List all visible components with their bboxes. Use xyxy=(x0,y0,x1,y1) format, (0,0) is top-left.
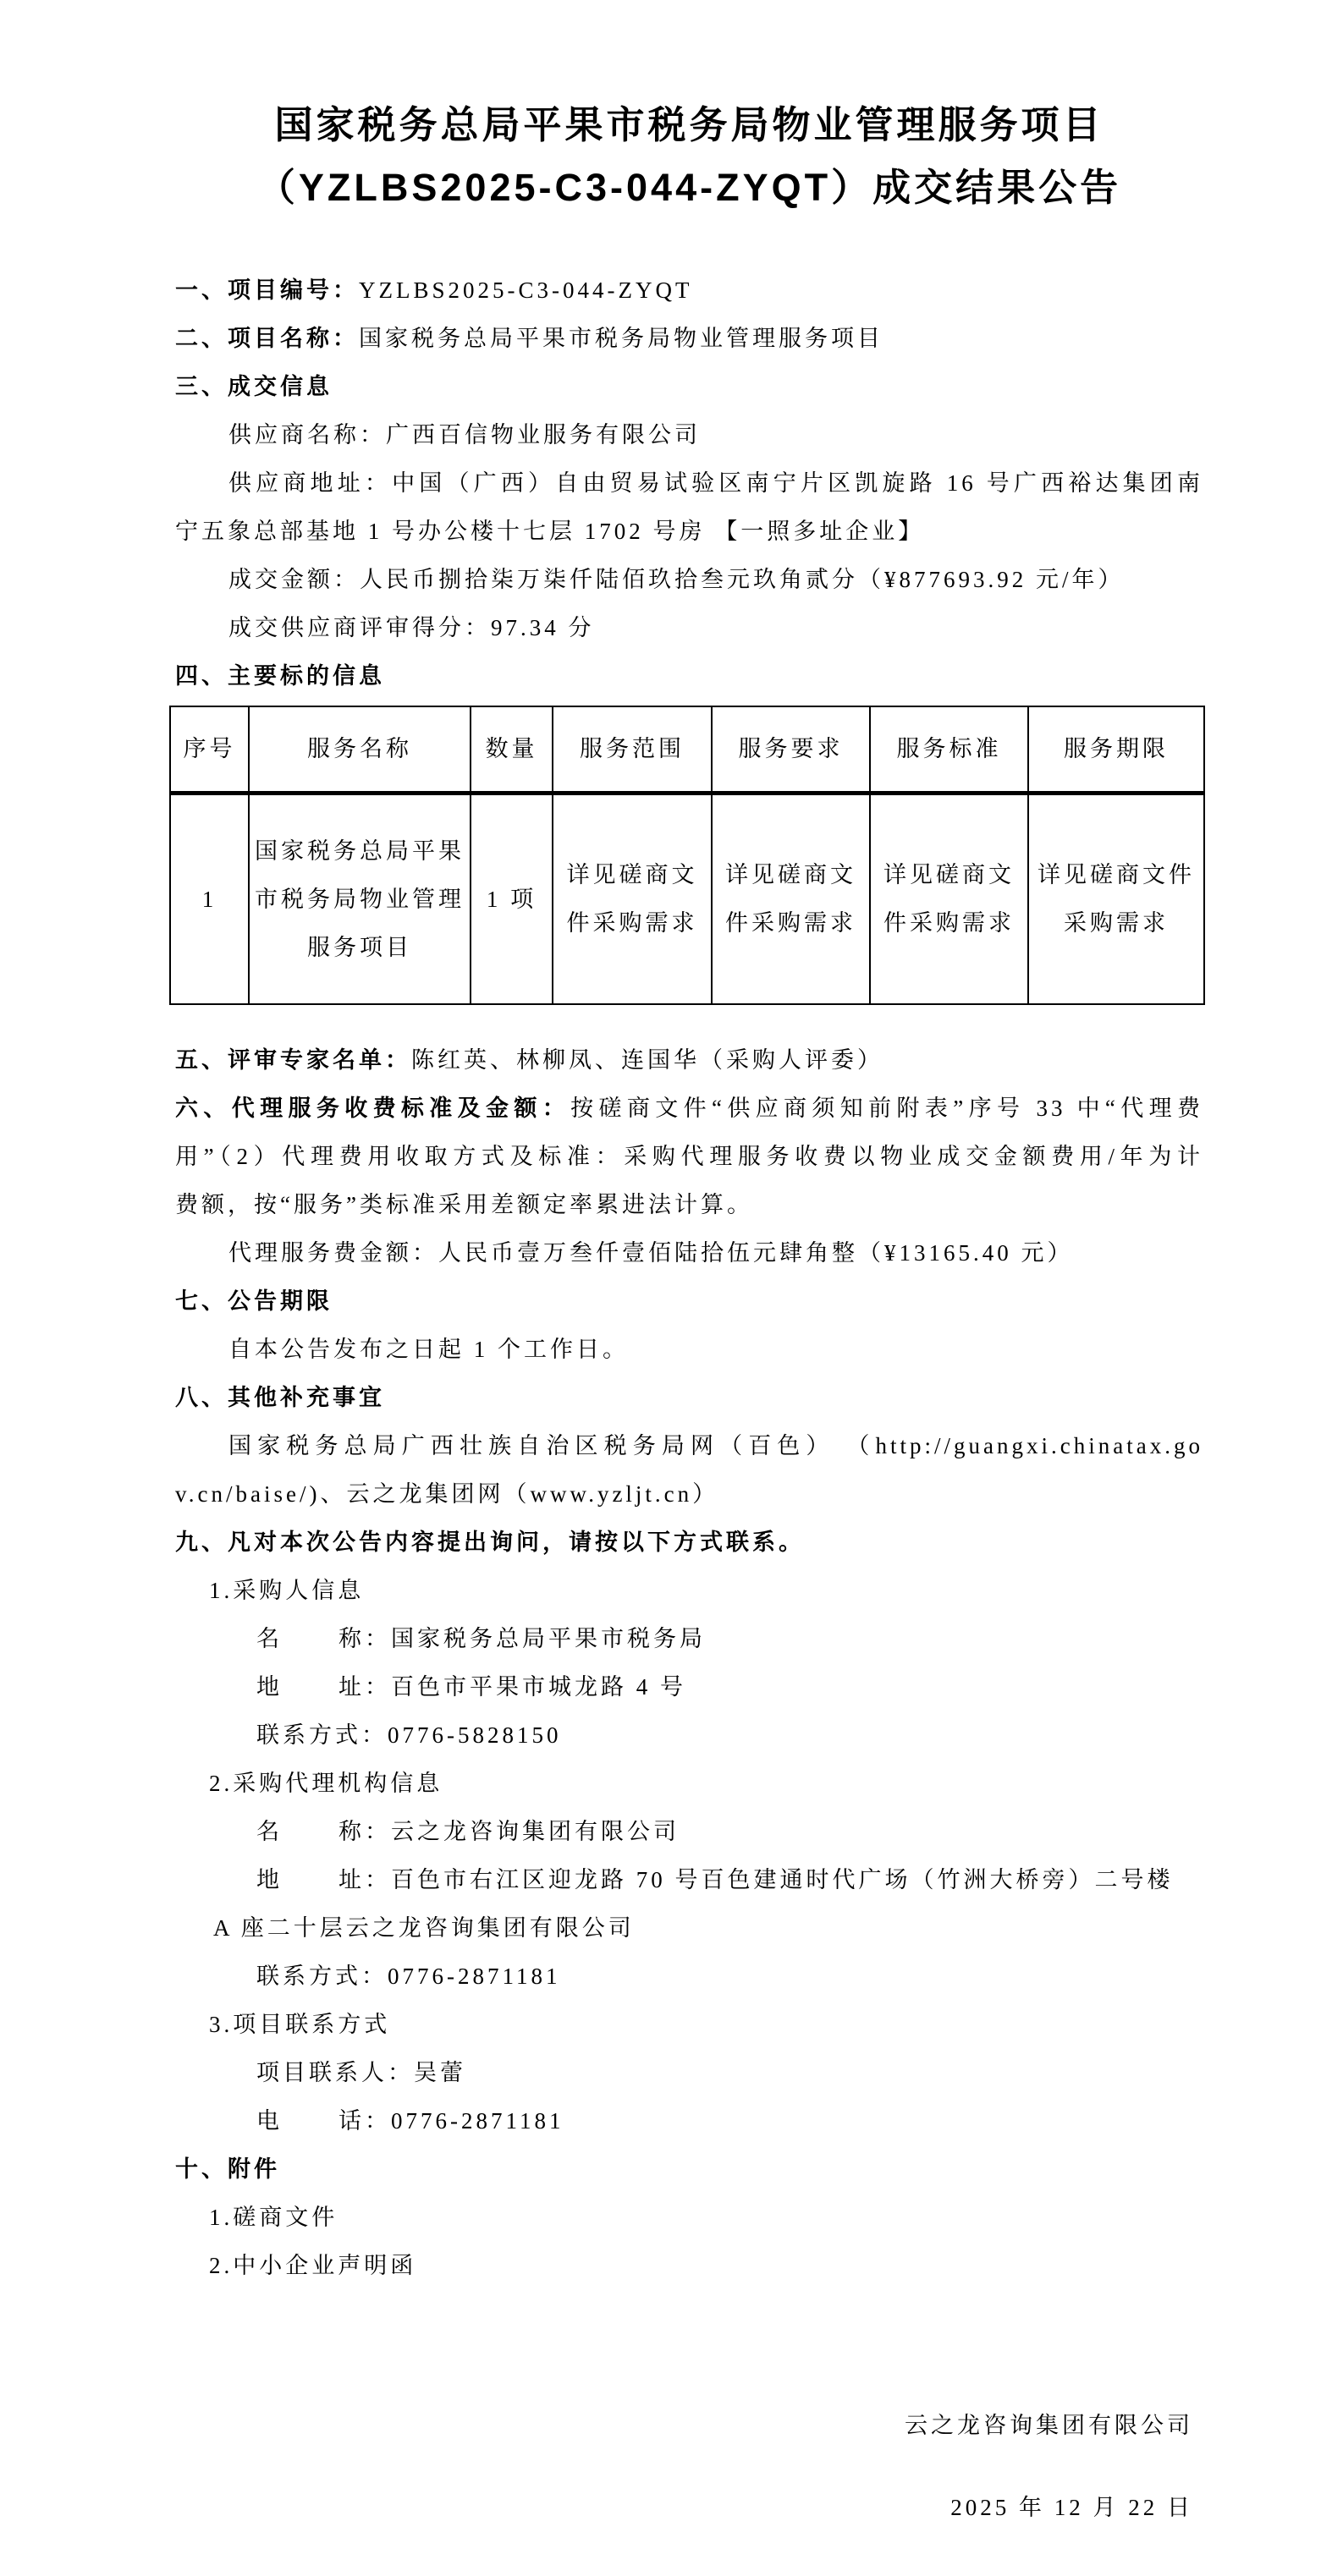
section-1-project-number: 一、项目编号：YZLBS2025-C3-044-ZYQT xyxy=(175,266,1203,315)
cell-service-scope: 详见磋商文件采购需求 xyxy=(553,794,712,1005)
header-service-period: 服务期限 xyxy=(1028,706,1204,794)
cell-service-name: 国家税务总局平果市税务局物业管理服务项目 xyxy=(249,794,471,1005)
project-phone-label: 电话 xyxy=(256,2097,365,2145)
table-header-row: 序号 服务名称 数量 服务范围 服务要求 服务标准 服务期限 xyxy=(170,706,1204,794)
section-5-experts: 五、评审专家名单：陈红英、林柳凤、连国华（采购人评委） xyxy=(175,1036,1203,1085)
agency-address-value: ：百色市右江区迎龙路 70 号百色建通时代广场（竹洲大桥旁）二号楼 xyxy=(365,1867,1174,1892)
supplier-name: 供应商名称：广西百信物业服务有限公司 xyxy=(175,411,1203,459)
agency-address-line-1: 地址：百色市右江区迎龙路 70 号百色建通时代广场（竹洲大桥旁）二号楼 xyxy=(175,1856,1203,1904)
header-seq: 序号 xyxy=(170,706,249,794)
buyer-name-label: 名称 xyxy=(256,1615,365,1663)
header-service-scope: 服务范围 xyxy=(553,706,712,794)
buyer-address: 地址：百色市平果市城龙路 4 号 xyxy=(175,1663,1203,1711)
section-1-value: YZLBS2025-C3-044-ZYQT xyxy=(359,277,692,303)
section-5-label: 五、评审专家名单： xyxy=(175,1047,411,1073)
section-10-heading: 十、附件 xyxy=(175,2145,1203,2194)
buyer-address-label-a: 地 xyxy=(256,1663,283,1711)
section-6-text: 按磋商文件“供应商须知前附表”序号 33 中“代理费 xyxy=(570,1096,1203,1121)
cell-service-standard: 详见磋商文件采购需求 xyxy=(870,794,1028,1005)
agency-name-value: ：云之龙咨询集团有限公司 xyxy=(365,1819,680,1844)
section-2-label: 二、项目名称： xyxy=(175,326,359,351)
agency-address-label-a: 地 xyxy=(256,1856,283,1904)
section-9-heading: 九、凡对本次公告内容提出询问，请按以下方式联系。 xyxy=(175,1519,1203,1567)
subject-matter-table: 序号 服务名称 数量 服务范围 服务要求 服务标准 服务期限 1 国家税务总局平… xyxy=(169,706,1205,1005)
project-contact-person: 项目联系人：吴蕾 xyxy=(175,2049,1203,2097)
section-5-value: 陈红英、林柳凤、连国华（采购人评委） xyxy=(411,1047,883,1073)
section-2-project-name: 二、项目名称：国家税务总局平果市税务局物业管理服务项目 xyxy=(175,315,1203,363)
announcement-document: 国家税务总局平果市税务局物业管理服务项目 （YZLBS2025-C3-044-Z… xyxy=(0,0,1343,2532)
header-service-standard: 服务标准 xyxy=(870,706,1028,794)
section-3-heading: 三、成交信息 xyxy=(175,363,1203,411)
header-quantity: 数量 xyxy=(471,706,553,794)
section-6-label: 六、代理服务收费标准及金额： xyxy=(175,1096,570,1121)
section-4-heading: 四、主要标的信息 xyxy=(175,652,1203,700)
section-6-line-1: 六、代理服务收费标准及金额：按磋商文件“供应商须知前附表”序号 33 中“代理费 xyxy=(175,1085,1203,1133)
buyer-name-label-a: 名 xyxy=(256,1615,283,1663)
title-line-1: 国家税务总局平果市税务局物业管理服务项目 xyxy=(175,94,1203,157)
section-2-value: 国家税务总局平果市税务局物业管理服务项目 xyxy=(359,326,883,351)
project-contact-title: 3.项目联系方式 xyxy=(175,2001,1203,2049)
cell-seq: 1 xyxy=(170,794,249,1005)
buyer-name-label-b: 称 xyxy=(339,1615,365,1663)
footer-date: 2025 年 12 月 22 日 xyxy=(175,2484,1203,2532)
header-service-name: 服务名称 xyxy=(249,706,471,794)
project-phone: 电话：0776-2871181 xyxy=(175,2097,1203,2145)
buyer-contact: 联系方式：0776-5828150 xyxy=(175,1711,1203,1760)
agency-address-label-b: 址 xyxy=(339,1856,365,1904)
cell-service-require: 详见磋商文件采购需求 xyxy=(712,794,870,1005)
title-line-2: （YZLBS2025-C3-044-ZYQT）成交结果公告 xyxy=(175,157,1203,219)
buyer-address-label-b: 址 xyxy=(339,1663,365,1711)
cell-quantity: 1 项 xyxy=(471,794,553,1005)
section-7-heading: 七、公告期限 xyxy=(175,1277,1203,1326)
buyer-address-label: 地址 xyxy=(256,1663,365,1711)
agency-address-line-2: A 座二十层云之龙咨询集团有限公司 xyxy=(175,1904,1203,1953)
agency-fee-amount: 代理服务费金额：人民币壹万叁仟壹佰陆拾伍元肆角整（¥13165.40 元） xyxy=(175,1229,1203,1277)
buyer-address-value: ：百色市平果市城龙路 4 号 xyxy=(365,1674,686,1700)
cell-service-period: 详见磋商文件采购需求 xyxy=(1028,794,1204,1005)
buyer-name-value: ：国家税务总局平果市税务局 xyxy=(365,1626,706,1651)
announcement-period: 自本公告发布之日起 1 个工作日。 xyxy=(175,1326,1203,1374)
table-row: 1 国家税务总局平果市税务局物业管理服务项目 1 项 详见磋商文件采购需求 详见… xyxy=(170,794,1204,1005)
header-service-require: 服务要求 xyxy=(712,706,870,794)
supplier-score: 成交供应商评审得分：97.34 分 xyxy=(175,604,1203,652)
buyer-info-title: 1.采购人信息 xyxy=(175,1567,1203,1615)
supplier-address-line-1: 供应商地址：中国（广西）自由贸易试验区南宁片区凯旋路 16 号广西裕达集团南 xyxy=(175,459,1203,508)
agency-name-label: 名称 xyxy=(256,1808,365,1856)
project-phone-label-a: 电 xyxy=(256,2097,283,2145)
section-6-line-3: 费额，按“服务”类标准采用差额定率累进法计算。 xyxy=(175,1181,1203,1229)
project-phone-value: ：0776-2871181 xyxy=(365,2108,564,2134)
agency-name-label-a: 名 xyxy=(256,1808,283,1856)
attachment-2: 2.中小企业声明函 xyxy=(175,2242,1203,2290)
section-1-label: 一、项目编号： xyxy=(175,277,359,303)
attachment-1: 1.磋商文件 xyxy=(175,2194,1203,2242)
agency-contact: 联系方式：0776-2871181 xyxy=(175,1953,1203,2001)
agency-name-label-b: 称 xyxy=(339,1808,365,1856)
section-8-line-1: 国家税务总局广西壮族自治区税务局网（百色） （http://guangxi.ch… xyxy=(175,1422,1203,1470)
agency-name: 名称：云之龙咨询集团有限公司 xyxy=(175,1808,1203,1856)
project-phone-label-b: 话 xyxy=(339,2097,365,2145)
agency-address-label: 地址 xyxy=(256,1856,365,1904)
deal-amount: 成交金额：人民币捌拾柒万柒仟陆佰玖拾叁元玖角贰分（¥877693.92 元/年） xyxy=(175,556,1203,604)
section-6-line-2: 用”（2）代理费用收取方式及标准：采购代理服务收费以物业成交金额费用/年为计 xyxy=(175,1133,1203,1181)
agency-info-title: 2.采购代理机构信息 xyxy=(175,1760,1203,1808)
footer-company: 云之龙咨询集团有限公司 xyxy=(175,2402,1203,2450)
supplier-address-line-2: 宁五象总部基地 1 号办公楼十七层 1702 号房 【一照多址企业】 xyxy=(175,508,1203,556)
section-8-line-2: v.cn/baise/)、云之龙集团网（www.yzljt.cn） xyxy=(175,1470,1203,1519)
buyer-name: 名称：国家税务总局平果市税务局 xyxy=(175,1615,1203,1663)
section-8-heading: 八、其他补充事宜 xyxy=(175,1374,1203,1422)
page-title: 国家税务总局平果市税务局物业管理服务项目 （YZLBS2025-C3-044-Z… xyxy=(175,94,1203,219)
